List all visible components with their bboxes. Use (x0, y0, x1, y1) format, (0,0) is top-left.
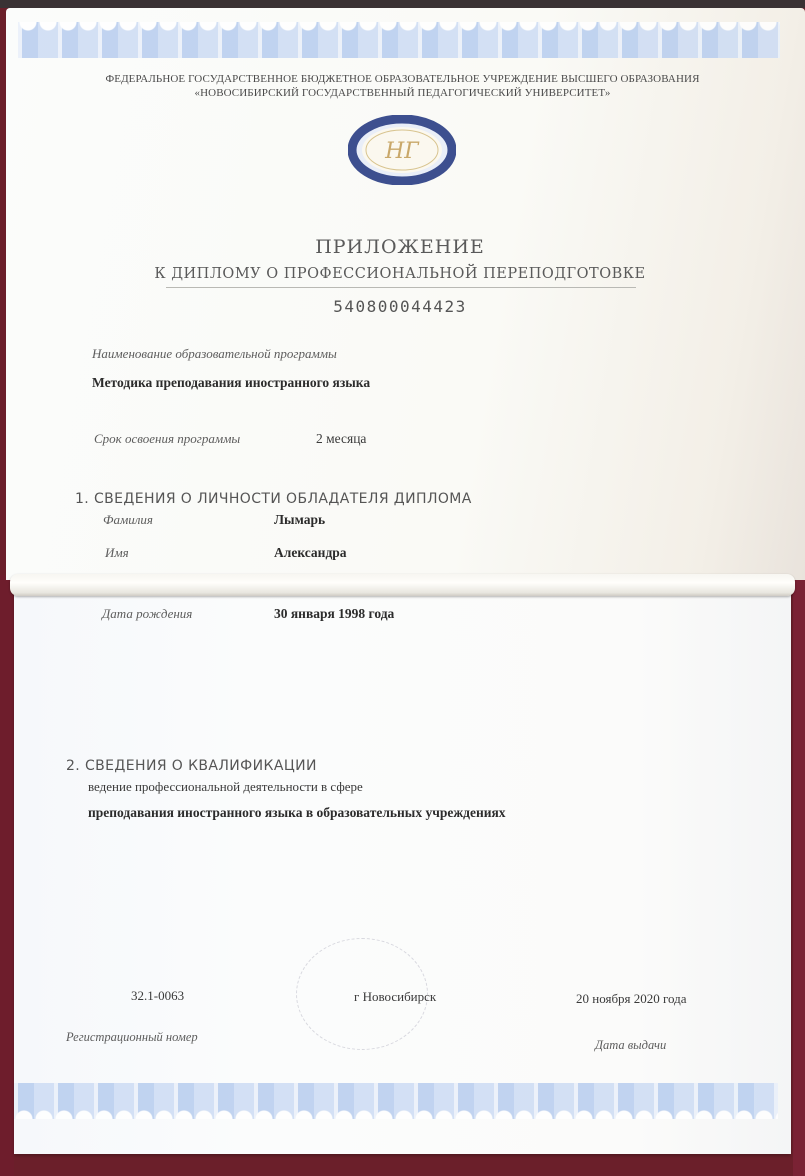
border-scallop-pattern (14, 1107, 778, 1119)
first-name-value: Александра (274, 545, 347, 561)
svg-text:НГ: НГ (384, 139, 420, 164)
program-name-label: Наименование образовательной программы (92, 346, 337, 362)
issue-date: 20 ноября 2020 года (576, 991, 687, 1007)
first-name-label: Имя (105, 545, 129, 561)
subtitle-underline (166, 287, 636, 288)
qualification-line-2: преподавания иностранного языка в образо… (88, 805, 506, 821)
birth-date-label: Дата рождения (102, 606, 192, 622)
registration-number-label: Регистрационный номер (66, 1030, 198, 1045)
surname-value: Лымарь (274, 512, 325, 528)
document-fold (10, 574, 795, 596)
institution-line-2: «НОВОСИБИРСКИЙ ГОСУДАРСТВЕННЫЙ ПЕДАГОГИЧ… (40, 86, 765, 100)
diploma-number: 540800044423 (150, 297, 650, 316)
section-1-heading: 1. СВЕДЕНИЯ О ЛИЧНОСТИ ОБЛАДАТЕЛЯ ДИПЛОМ… (75, 491, 472, 507)
background-edge (0, 0, 805, 8)
decorative-border-bottom (14, 1083, 778, 1119)
issue-city: г Новосибирск (354, 989, 436, 1005)
university-emblem-icon: НГ (348, 115, 456, 185)
diploma-cover-left (0, 575, 14, 1176)
document-title: ПРИЛОЖЕНИЕ (150, 236, 650, 258)
program-duration-value: 2 месяца (316, 431, 366, 447)
diploma-cover-right (793, 575, 805, 1176)
institution-line-1: ФЕДЕРАЛЬНОЕ ГОСУДАРСТВЕННОЕ БЮДЖЕТНОЕ ОБ… (40, 72, 765, 86)
qualification-line-1: ведение профессиональной деятельности в … (88, 779, 363, 795)
registration-number: 32.1-0063 (131, 988, 184, 1004)
issue-date-label: Дата выдачи (595, 1038, 666, 1053)
program-duration-label: Срок освоения программы (94, 431, 240, 447)
surname-label: Фамилия (103, 512, 153, 528)
document-page-bottom (14, 590, 791, 1154)
document-subtitle: К ДИПЛОМУ О ПРОФЕССИОНАЛЬНОЙ ПЕРЕПОДГОТО… (150, 266, 650, 282)
decorative-border-top (18, 22, 780, 58)
birth-date-value: 30 января 1998 года (274, 606, 394, 622)
program-name-value: Методика преподавания иностранного языка (92, 375, 370, 391)
section-2-heading: 2. СВЕДЕНИЯ О КВАЛИФИКАЦИИ (66, 758, 317, 774)
border-scallop-pattern (18, 22, 780, 34)
